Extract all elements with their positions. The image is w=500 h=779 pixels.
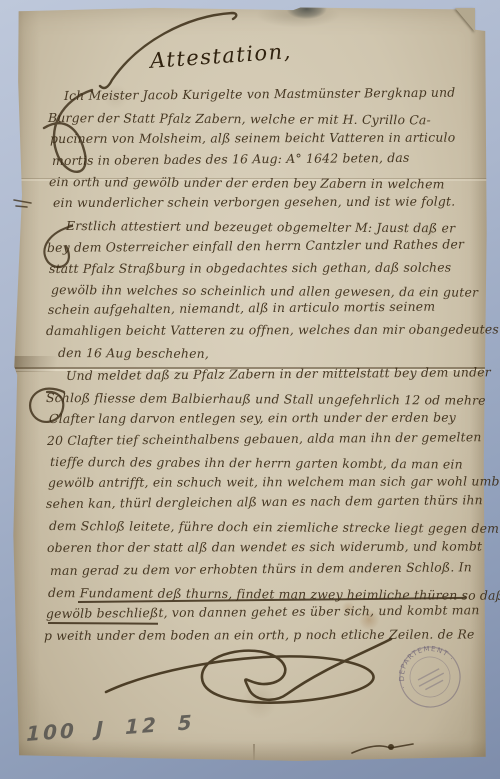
crease-bottom-vertical — [253, 744, 255, 764]
manuscript-line: Clafter lang darvon entlegen sey, ein or… — [49, 410, 456, 426]
manuscript-line: gewölb ihn welches so scheinlich und all… — [51, 282, 478, 300]
folded-corner — [455, 8, 475, 32]
manuscript-line: ein wunderlicher schein verborgen gesehe… — [53, 194, 455, 210]
stamp-center-marks — [416, 668, 446, 692]
manuscript-line: Schloß fliesse dem Balbierhauß und Stall… — [46, 390, 486, 408]
manuscript-line: mortis in oberen bades des 16 Aug: A° 16… — [52, 150, 410, 168]
manuscript-line: p weith under dem boden an ein orth, p n… — [44, 626, 475, 643]
manuscript-line: damahligen beicht Vatteren zu offnen, we… — [46, 321, 499, 338]
manuscript-line: den 16 Aug beschehen, — [58, 345, 209, 361]
manuscript-line: oberen thor der statt alß dan wendet es … — [47, 538, 482, 555]
manuscript-line: tieffe durch des grabes ihn der herrn ga… — [50, 454, 463, 472]
manuscript-line: dem Schloß leitete, führe doch ein zieml… — [49, 518, 499, 536]
manuscript-line: Erstlich attestiert und bezeuget obgemel… — [66, 218, 455, 235]
manuscript-line: pucinern von Molsheim, alß seinem beicht… — [50, 130, 455, 146]
manuscript-line: gewölb antrifft, ein schuch weit, ihn we… — [48, 473, 500, 490]
manuscript-line: Burger der Statt Pfalz Zabern, welche er… — [48, 110, 431, 127]
manuscript-line: statt Pfalz Straßburg in obgedachtes sic… — [49, 260, 451, 276]
manuscript-line: ein orth und gewölb under der erden bey … — [49, 174, 445, 191]
